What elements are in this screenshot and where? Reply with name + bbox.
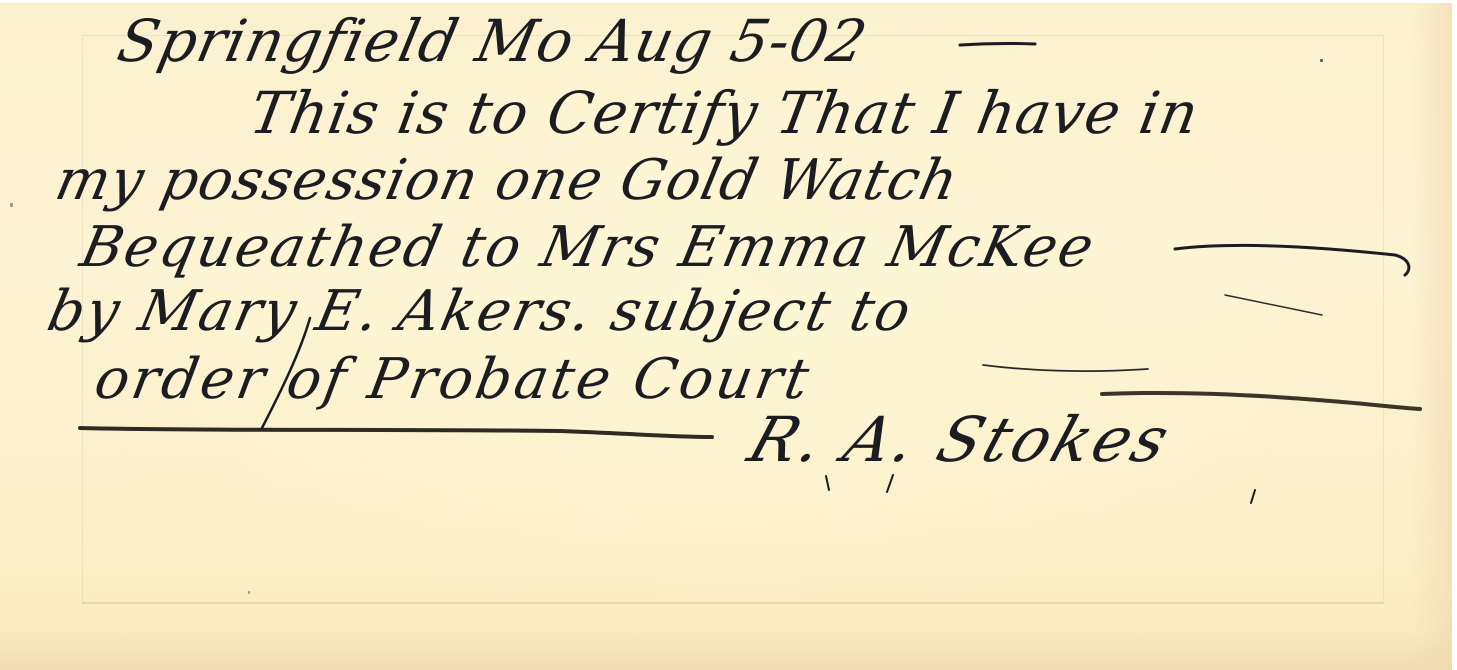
header-place-date: Springfield Mo Aug 5-02 [112, 7, 873, 75]
body-line-1: This is to Certify That I have in [245, 79, 1204, 147]
body-line-2: my possession one Gold Watch [50, 148, 964, 213]
body-line-3: Bequeathed to Mrs Emma McKee [75, 215, 1101, 280]
paper-edge-shading-bottom [0, 630, 1452, 670]
paper-speck [1320, 59, 1323, 62]
body-line-4: by Mary E. Akers. subject to [42, 279, 918, 344]
paper-speck [248, 591, 250, 594]
paper-edge-shading-right [1412, 3, 1452, 670]
scanned-document: Springfield Mo Aug 5-02 This is to Certi… [0, 3, 1452, 670]
signature: R. A. Stokes [740, 403, 1181, 476]
body-line-5: order of Probate Court [90, 347, 816, 412]
paper-speck [10, 203, 13, 207]
